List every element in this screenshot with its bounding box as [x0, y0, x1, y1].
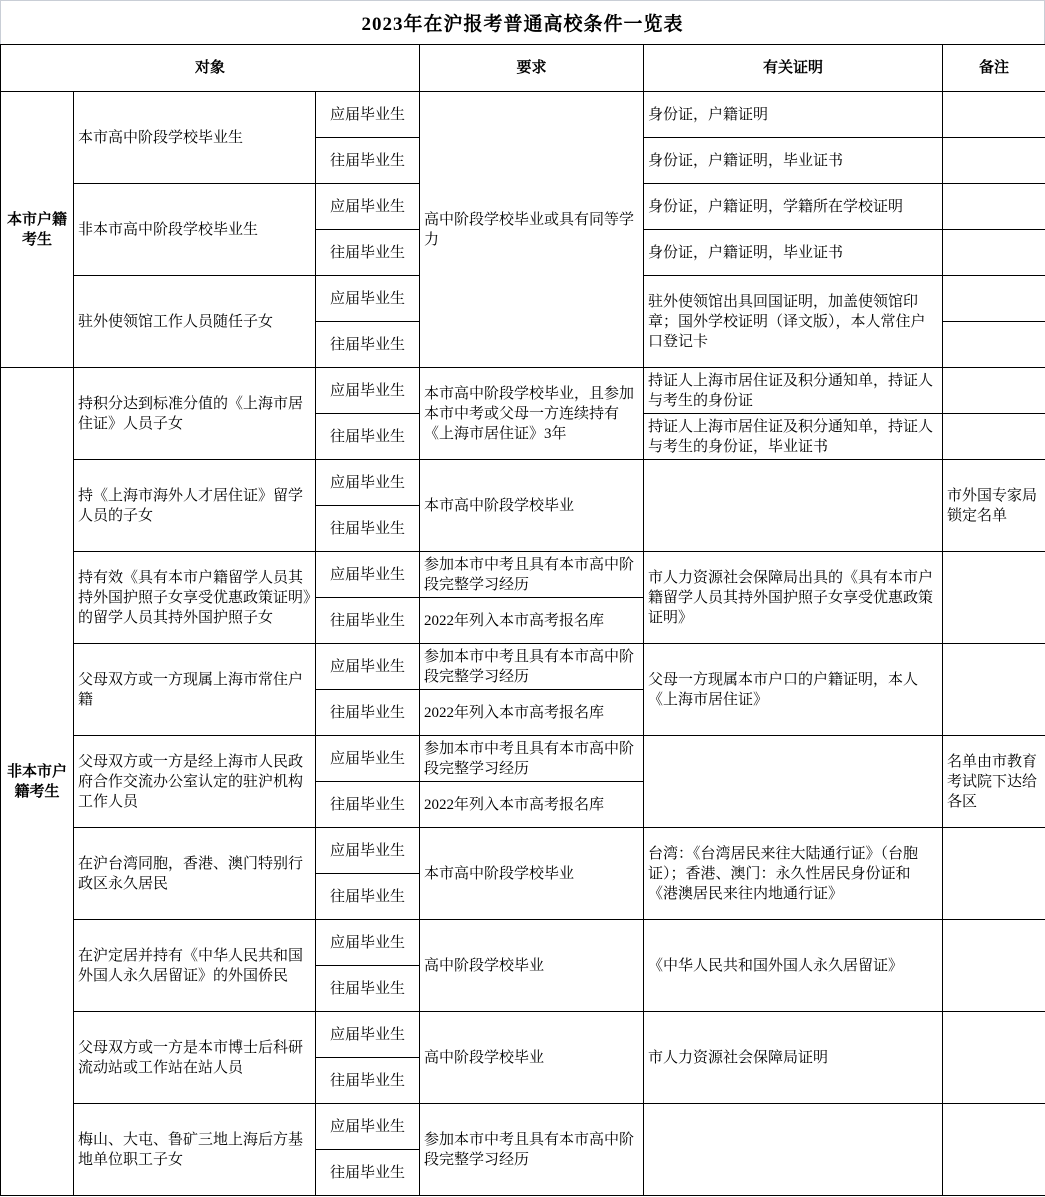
type-cell: 往届毕业生 — [316, 322, 420, 368]
type-cell: 往届毕业生 — [316, 598, 420, 644]
remark-cell — [943, 920, 1045, 1012]
type-cell: 往届毕业生 — [316, 966, 420, 1012]
remark-cell — [943, 92, 1045, 138]
remark-cell — [943, 368, 1045, 414]
subject-cell: 父母双方或一方是本市博士后科研流动站或工作站在站人员 — [74, 1012, 316, 1104]
type-cell: 应届毕业生 — [316, 460, 420, 506]
subject-cell: 持《上海市海外人才居住证》留学人员的子女 — [74, 460, 316, 552]
requirement-cell: 参加本市中考且具有本市高中阶段完整学习经历 — [420, 644, 644, 690]
certificate-cell — [644, 1104, 943, 1196]
subject-cell: 持积分达到标准分值的《上海市居住证》人员子女 — [74, 368, 316, 460]
table-row: 持有效《具有本市户籍留学人员其持外国护照子女享受优惠政策证明》的留学人员其持外国… — [1, 552, 1045, 598]
type-cell: 往届毕业生 — [316, 506, 420, 552]
type-cell: 往届毕业生 — [316, 690, 420, 736]
remark-cell — [943, 184, 1045, 230]
certificate-cell: 台湾：《台湾居民来往大陆通行证》（台胞证）；香港、澳门：永久性居民身份证和《港澳… — [644, 828, 943, 920]
remark-cell: 市外国专家局锁定名单 — [943, 460, 1045, 552]
subject-cell: 父母双方或一方现属上海市常住户籍 — [74, 644, 316, 736]
table-row: 父母双方或一方是本市博士后科研流动站或工作站在站人员 应届毕业生 高中阶段学校毕… — [1, 1012, 1045, 1058]
table-row: 持《上海市海外人才居住证》留学人员的子女 应届毕业生 本市高中阶段学校毕业 市外… — [1, 460, 1045, 506]
remark-cell: 名单由市教育考试院下达给各区 — [943, 736, 1045, 828]
remark-cell — [943, 1104, 1045, 1196]
header-row: 对象 要求 有关证明 备注 — [1, 45, 1045, 92]
type-cell: 往届毕业生 — [316, 138, 420, 184]
requirement-cell: 高中阶段学校毕业或具有同等学力 — [420, 92, 644, 368]
certificate-cell: 持证人上海市居住证及积分通知单，持证人与考生的身份证，毕业证书 — [644, 414, 943, 460]
subject-cell: 父母双方或一方是经上海市人民政府合作交流办公室认定的驻沪机构工作人员 — [74, 736, 316, 828]
certificate-cell: 身份证，户籍证明，毕业证书 — [644, 230, 943, 276]
col-header-subject: 对象 — [1, 45, 420, 92]
requirement-cell: 参加本市中考且具有本市高中阶段完整学习经历 — [420, 1104, 644, 1196]
remark-cell — [943, 828, 1045, 920]
subject-cell: 本市高中阶段学校毕业生 — [74, 92, 316, 184]
certificate-cell: 市人力资源社会保障局证明 — [644, 1012, 943, 1104]
remark-cell — [943, 322, 1045, 368]
table-row: 父母双方或一方现属上海市常住户籍 应届毕业生 参加本市中考且具有本市高中阶段完整… — [1, 644, 1045, 690]
document-page: 2023年在沪报考普通高校条件一览表 对象 要求 有关证明 备注 本市户籍考生 … — [0, 0, 1045, 1197]
requirement-cell: 2022年列入本市高考报名库 — [420, 690, 644, 736]
subject-cell: 在沪台湾同胞，香港、澳门特别行政区永久居民 — [74, 828, 316, 920]
requirement-cell: 本市高中阶段学校毕业 — [420, 828, 644, 920]
type-cell: 应届毕业生 — [316, 368, 420, 414]
type-cell: 应届毕业生 — [316, 736, 420, 782]
remark-cell — [943, 644, 1045, 736]
requirement-cell: 2022年列入本市高考报名库 — [420, 598, 644, 644]
subject-cell: 驻外使领馆工作人员随任子女 — [74, 276, 316, 368]
remark-cell — [943, 276, 1045, 322]
type-cell: 应届毕业生 — [316, 644, 420, 690]
eligibility-table: 对象 要求 有关证明 备注 本市户籍考生 本市高中阶段学校毕业生 应届毕业生 高… — [0, 44, 1045, 1196]
type-cell: 应届毕业生 — [316, 920, 420, 966]
certificate-cell: 父母一方现属本市户口的户籍证明，本人《上海市居住证》 — [644, 644, 943, 736]
table-row: 在沪台湾同胞，香港、澳门特别行政区永久居民 应届毕业生 本市高中阶段学校毕业 台… — [1, 828, 1045, 874]
remark-cell — [943, 414, 1045, 460]
certificate-cell: 持证人上海市居住证及积分通知单，持证人与考生的身份证 — [644, 368, 943, 414]
requirement-cell: 参加本市中考且具有本市高中阶段完整学习经历 — [420, 552, 644, 598]
certificate-cell: 《中华人民共和国外国人永久居留证》 — [644, 920, 943, 1012]
requirement-cell: 本市高中阶段学校毕业 — [420, 460, 644, 552]
col-header-certificate: 有关证明 — [644, 45, 943, 92]
requirement-cell: 2022年列入本市高考报名库 — [420, 782, 644, 828]
col-header-remark: 备注 — [943, 45, 1045, 92]
certificate-cell: 身份证，户籍证明，毕业证书 — [644, 138, 943, 184]
col-header-requirement: 要求 — [420, 45, 644, 92]
subject-cell: 梅山、大屯、鲁矿三地上海后方基地单位职工子女 — [74, 1104, 316, 1196]
table-row: 在沪定居并持有《中华人民共和国外国人永久居留证》的外国侨民 应届毕业生 高中阶段… — [1, 920, 1045, 966]
table-row: 父母双方或一方是经上海市人民政府合作交流办公室认定的驻沪机构工作人员 应届毕业生… — [1, 736, 1045, 782]
table-row: 梅山、大屯、鲁矿三地上海后方基地单位职工子女 应届毕业生 参加本市中考且具有本市… — [1, 1104, 1045, 1150]
subject-cell: 非本市高中阶段学校毕业生 — [74, 184, 316, 276]
subject-cell: 持有效《具有本市户籍留学人员其持外国护照子女享受优惠政策证明》的留学人员其持外国… — [74, 552, 316, 644]
type-cell: 应届毕业生 — [316, 1012, 420, 1058]
type-cell: 往届毕业生 — [316, 1058, 420, 1104]
requirement-cell: 高中阶段学校毕业 — [420, 1012, 644, 1104]
type-cell: 应届毕业生 — [316, 552, 420, 598]
type-cell: 往届毕业生 — [316, 414, 420, 460]
group-cell: 非本市户籍考生 — [1, 368, 74, 1196]
type-cell: 应届毕业生 — [316, 92, 420, 138]
certificate-cell: 市人力资源社会保障局出具的《具有本市户籍留学人员其持外国护照子女享受优惠政策证明… — [644, 552, 943, 644]
group-cell: 本市户籍考生 — [1, 92, 74, 368]
certificate-cell: 身份证，户籍证明，学籍所在学校证明 — [644, 184, 943, 230]
remark-cell — [943, 230, 1045, 276]
requirement-cell: 高中阶段学校毕业 — [420, 920, 644, 1012]
table-row: 非本市户籍考生 持积分达到标准分值的《上海市居住证》人员子女 应届毕业生 本市高… — [1, 368, 1045, 414]
type-cell: 往届毕业生 — [316, 782, 420, 828]
type-cell: 往届毕业生 — [316, 1150, 420, 1196]
type-cell: 往届毕业生 — [316, 230, 420, 276]
remark-cell — [943, 138, 1045, 184]
type-cell: 应届毕业生 — [316, 276, 420, 322]
certificate-cell: 身份证，户籍证明 — [644, 92, 943, 138]
certificate-cell — [644, 460, 943, 552]
type-cell: 应届毕业生 — [316, 828, 420, 874]
requirement-cell: 本市高中阶段学校毕业，且参加本市中考或父母一方连续持有《上海市居住证》3年 — [420, 368, 644, 460]
table-row: 本市户籍考生 本市高中阶段学校毕业生 应届毕业生 高中阶段学校毕业或具有同等学力… — [1, 92, 1045, 138]
certificate-cell — [644, 736, 943, 828]
type-cell: 往届毕业生 — [316, 874, 420, 920]
page-title: 2023年在沪报考普通高校条件一览表 — [0, 0, 1045, 44]
remark-cell — [943, 1012, 1045, 1104]
subject-cell: 在沪定居并持有《中华人民共和国外国人永久居留证》的外国侨民 — [74, 920, 316, 1012]
certificate-cell: 驻外使领馆出具回国证明，加盖使领馆印章；国外学校证明（译文版），本人常住户口登记… — [644, 276, 943, 368]
remark-cell — [943, 552, 1045, 644]
requirement-cell: 参加本市中考且具有本市高中阶段完整学习经历 — [420, 736, 644, 782]
type-cell: 应届毕业生 — [316, 184, 420, 230]
type-cell: 应届毕业生 — [316, 1104, 420, 1150]
